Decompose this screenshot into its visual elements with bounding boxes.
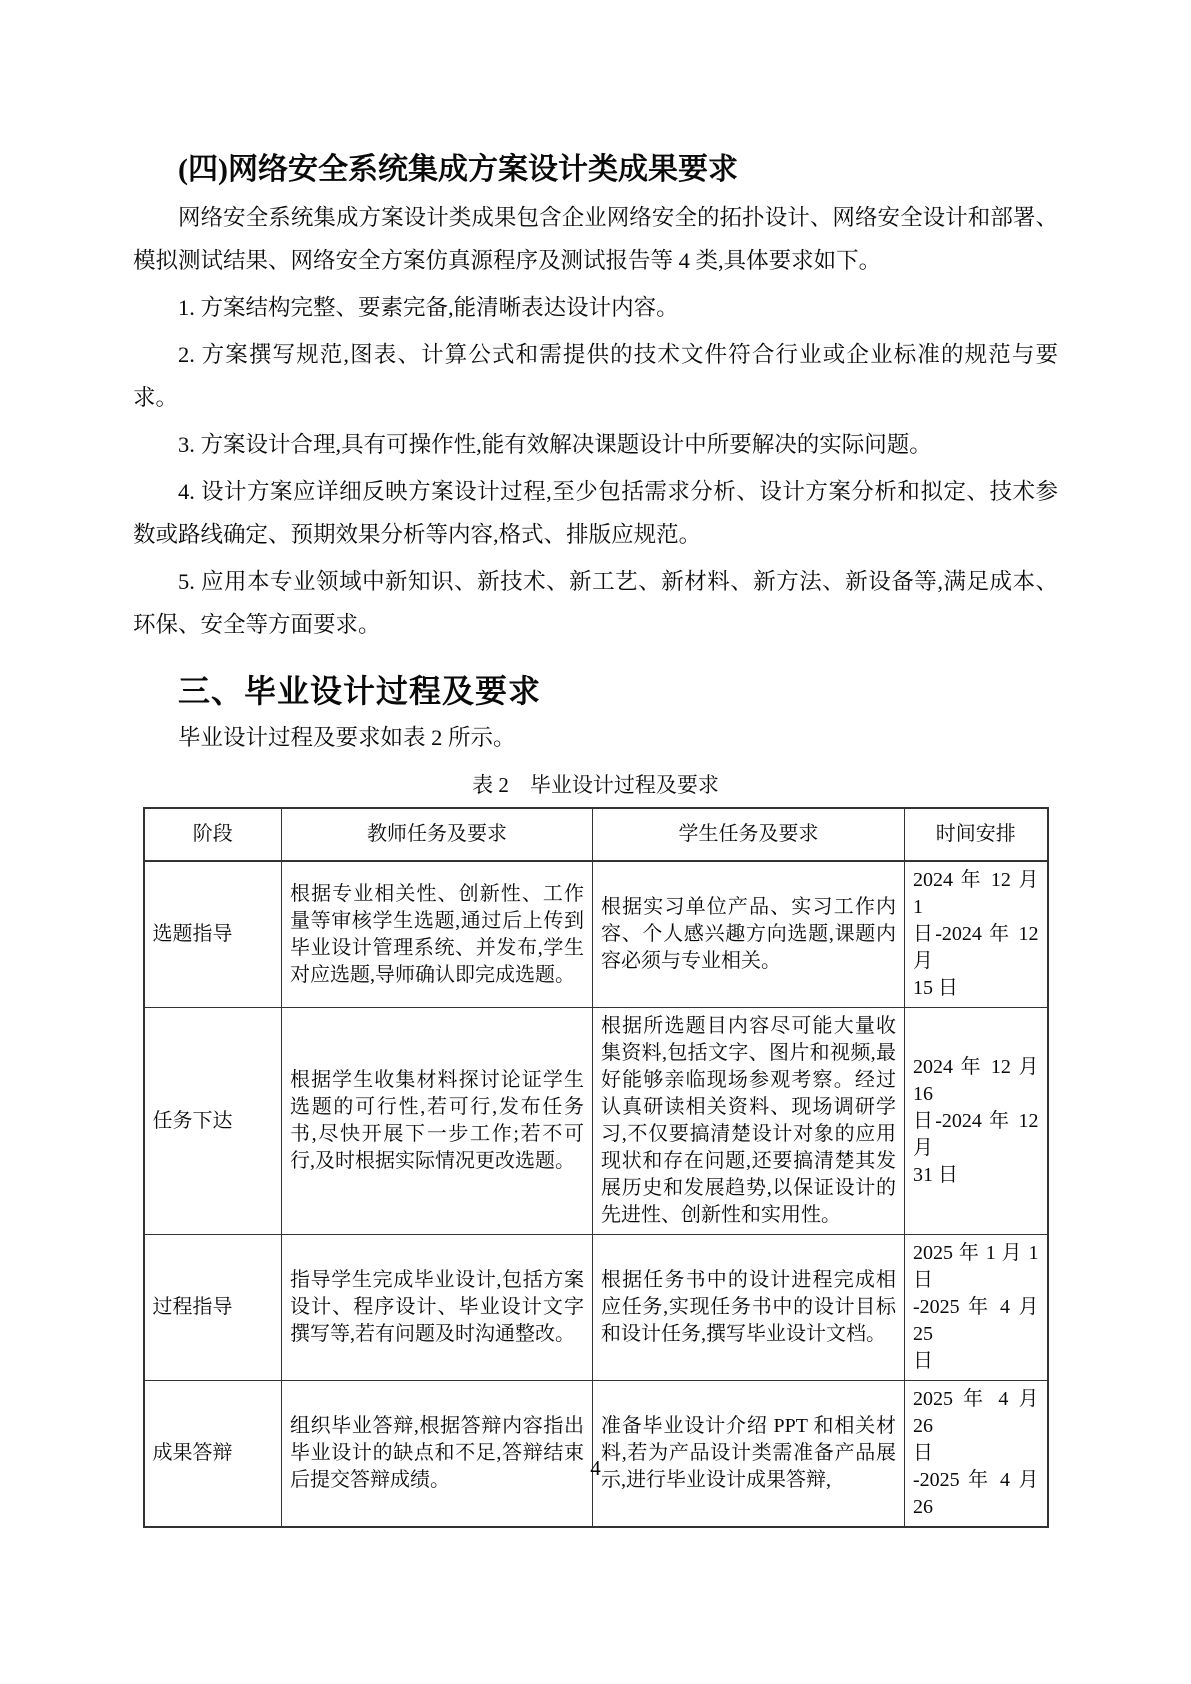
cell-stage: 成果答辩 [144,1381,282,1528]
cell-stage: 过程指导 [144,1235,282,1381]
chapter-heading: 三、毕业设计过程及要求 [133,670,1058,712]
col-header-schedule: 时间安排 [905,808,1048,861]
cell-student-task: 根据实习单位产品、实习工作内容、个人感兴趣方向选题,课题内容必须与专业相关。 [593,861,905,1008]
cell-teacher-task: 根据学生收集材料探讨论证学生选题的可行性,若可行,发布任务书,尽快开展下一步工作… [282,1008,593,1235]
table-row-process-guidance: 过程指导 指导学生完成毕业设计,包括方案设计、程序设计、毕业设计文字撰写等,若有… [144,1235,1048,1381]
requirement-item-5: 5. 应用本专业领域中新知识、新技术、新工艺、新材料、新方法、新设备等,满足成本… [133,560,1058,646]
requirement-item-2: 2. 方案撰写规范,图表、计算公式和需提供的技术文件符合行业或企业标准的规范与要… [133,333,1058,419]
lead-paragraph: 毕业设计过程及要求如表 2 所示。 [133,716,1058,759]
table-caption: 表 2 毕业设计过程及要求 [133,769,1058,799]
table-row-task-assignment: 任务下达 根据学生收集材料探讨论证学生选题的可行性,若可行,发布任务书,尽快开展… [144,1008,1048,1235]
cell-teacher-task: 组织毕业答辩,根据答辩内容指出毕业设计的缺点和不足,答辩结束后提交答辩成绩。 [282,1381,593,1528]
requirement-item-4: 4. 设计方案应详细反映方案设计过程,至少包括需求分析、设计方案分析和拟定、技术… [133,470,1058,556]
requirement-item-3: 3. 方案设计合理,具有可操作性,能有效解决课题设计中所要解决的实际问题。 [133,423,1058,466]
table-body: 选题指导 根据专业相关性、创新性、工作量等审核学生选题,通过后上传到毕业设计管理… [144,861,1048,1527]
col-header-stage: 阶段 [144,808,282,861]
process-table: 阶段 教师任务及要求 学生任务及要求 时间安排 选题指导 根据专业相关性、创新性… [143,807,1049,1528]
cell-student-task: 准备毕业设计介绍 PPT 和相关材料,若为产品设计类需准备产品展示,进行毕业设计… [593,1381,905,1528]
col-header-teacher-tasks: 教师任务及要求 [282,808,593,861]
table-row-defense: 成果答辩 组织毕业答辩,根据答辩内容指出毕业设计的缺点和不足,答辩结束后提交答辩… [144,1381,1048,1528]
cell-teacher-task: 根据专业相关性、创新性、工作量等审核学生选题,通过后上传到毕业设计管理系统、并发… [282,861,593,1008]
document-content: (四)网络安全系统集成方案设计类成果要求 网络安全系统集成方案设计类成果包含企业… [0,0,1191,1528]
cell-schedule: 2025 年 1 月 1 日 -2025 年 4 月 25 日 [905,1235,1048,1381]
table-row-topic-selection: 选题指导 根据专业相关性、创新性、工作量等审核学生选题,通过后上传到毕业设计管理… [144,861,1048,1008]
requirement-item-1: 1. 方案结构完整、要素完备,能清晰表达设计内容。 [133,286,1058,329]
cell-schedule: 2025 年 4 月 26 日 -2025 年 4 月 26 [905,1381,1048,1528]
cell-student-task: 根据所选题目内容尽可能大量收集资料,包括文字、图片和视频,最好能够亲临现场参观考… [593,1008,905,1235]
document-page: (四)网络安全系统集成方案设计类成果要求 网络安全系统集成方案设计类成果包含企业… [0,0,1191,1684]
table-header-row: 阶段 教师任务及要求 学生任务及要求 时间安排 [144,808,1048,861]
section-heading: (四)网络安全系统集成方案设计类成果要求 [133,150,1058,190]
intro-paragraph: 网络安全系统集成方案设计类成果包含企业网络安全的拓扑设计、网络安全设计和部署、模… [133,196,1058,282]
col-header-student-tasks: 学生任务及要求 [593,808,905,861]
cell-schedule: 2024 年 12 月 16 日-2024 年 12 月 31 日 [905,1008,1048,1235]
cell-teacher-task: 指导学生完成毕业设计,包括方案设计、程序设计、毕业设计文字撰写等,若有问题及时沟… [282,1235,593,1381]
table-header: 阶段 教师任务及要求 学生任务及要求 时间安排 [144,808,1048,861]
cell-stage: 选题指导 [144,861,282,1008]
page-number: 4 [0,1456,1191,1481]
cell-stage: 任务下达 [144,1008,282,1235]
cell-schedule: 2024 年 12 月 1 日-2024 年 12 月 15 日 [905,861,1048,1008]
cell-student-task: 根据任务书中的设计进程完成相应任务,实现任务书中的设计目标和设计任务,撰写毕业设… [593,1235,905,1381]
